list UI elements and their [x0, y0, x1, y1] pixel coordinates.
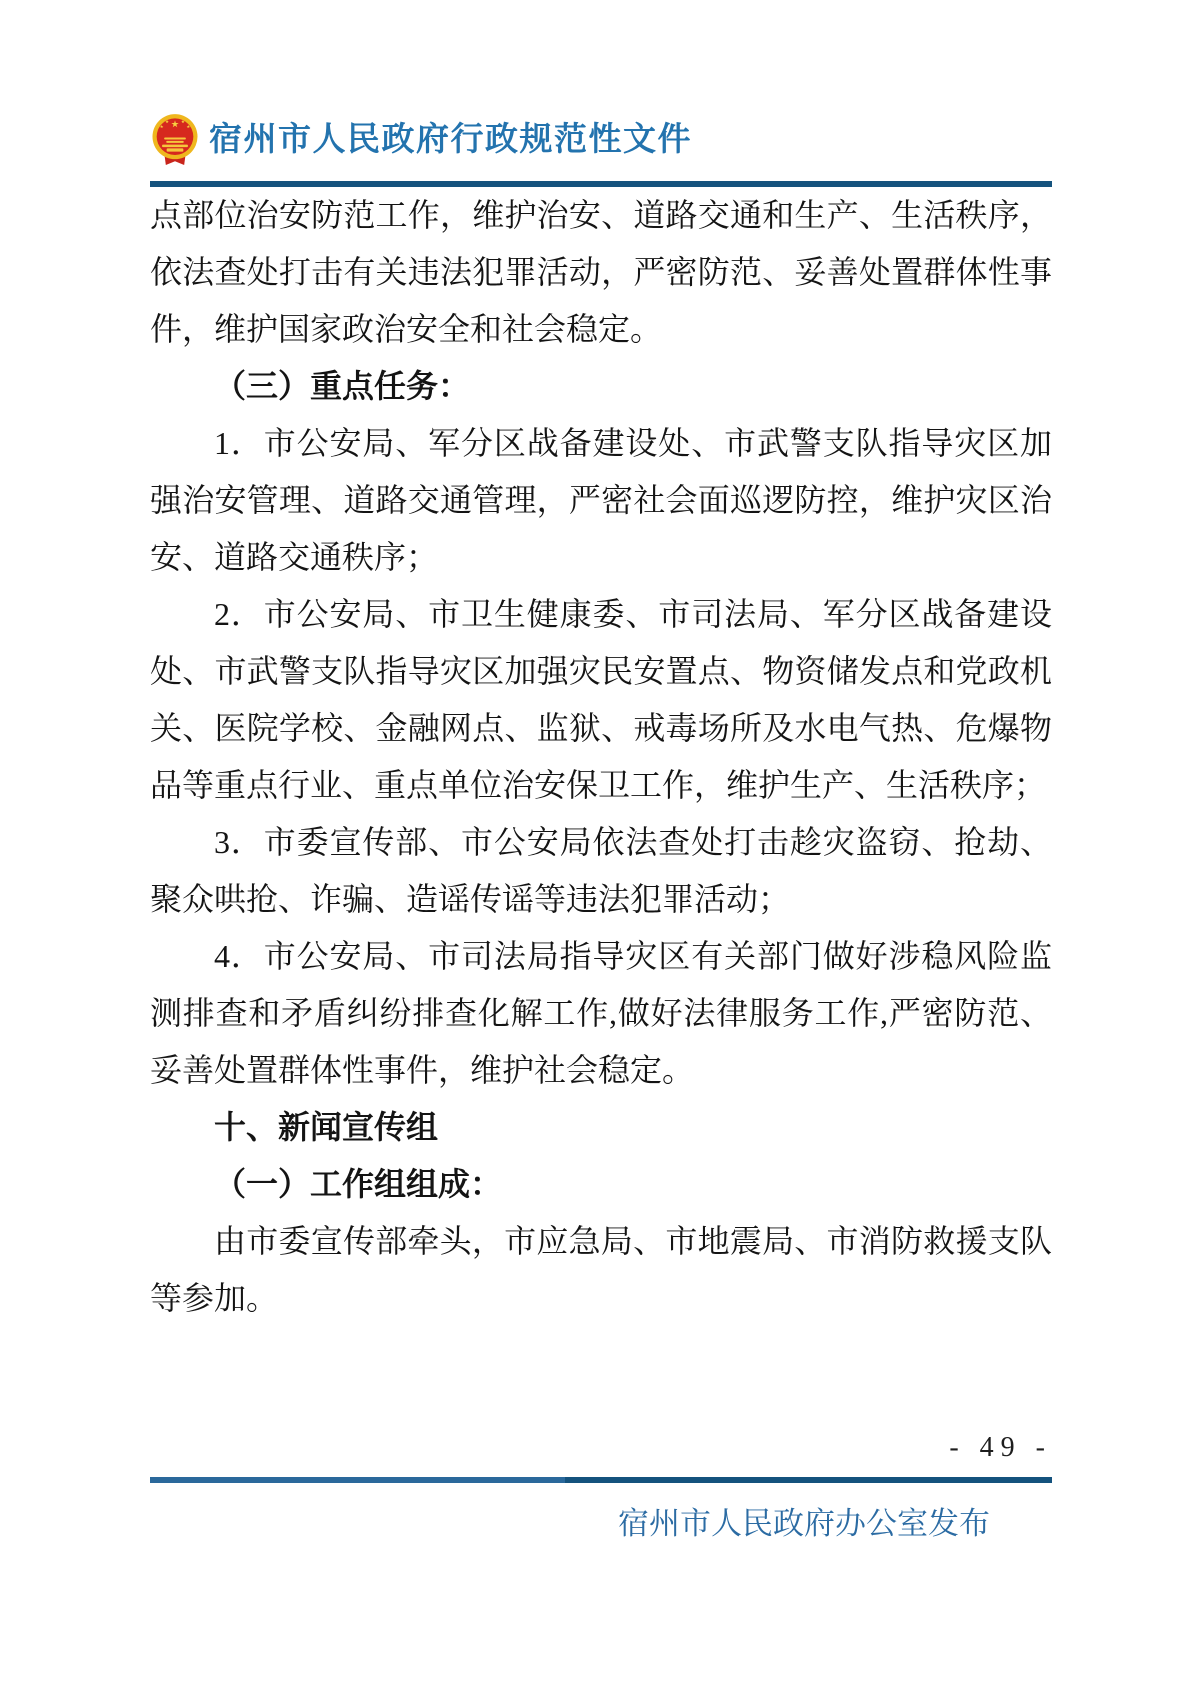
sub-heading: （一）工作组组成：	[150, 1156, 1052, 1213]
publisher-line: 宿州市人民政府办公室发布	[618, 1502, 990, 1546]
section-heading: 十、新闻宣传组	[150, 1099, 1052, 1156]
paragraph: 点部位治安防范工作，维护治安、道路交通和生产、生活秩序，依法查处打击有关违法犯罪…	[150, 187, 1052, 358]
paragraph: 由市委宣传部牵头，市应急局、市地震局、市消防救援支队等参加。	[150, 1213, 1052, 1327]
page-header: 宿州市人民政府行政规范性文件	[150, 112, 692, 168]
paragraph: 4．市公安局、市司法局指导灾区有关部门做好涉稳风险监测排查和矛盾纠纷排查化解工作…	[150, 928, 1052, 1099]
footer-divider	[150, 1477, 1052, 1483]
national-emblem-icon	[150, 112, 200, 168]
document-body: 点部位治安防范工作，维护治安、道路交通和生产、生活秩序，依法查处打击有关违法犯罪…	[150, 187, 1052, 1327]
page-number: - 49 -	[949, 1430, 1052, 1466]
paragraph: 3．市委宣传部、市公安局依法查处打击趁灾盗窃、抢劫、聚众哄抢、诈骗、造谣传谣等违…	[150, 814, 1052, 928]
paragraph: 1．市公安局、军分区战备建设处、市武警支队指导灾区加强治安管理、道路交通管理，严…	[150, 415, 1052, 586]
document-page: 宿州市人民政府行政规范性文件 点部位治安防范工作，维护治安、道路交通和生产、生活…	[0, 0, 1190, 1683]
paragraph: 2．市公安局、市卫生健康委、市司法局、军分区战备建设处、市武警支队指导灾区加强灾…	[150, 586, 1052, 814]
page-title: 宿州市人民政府行政规范性文件	[209, 112, 692, 168]
sub-heading: （三）重点任务：	[150, 358, 1052, 415]
